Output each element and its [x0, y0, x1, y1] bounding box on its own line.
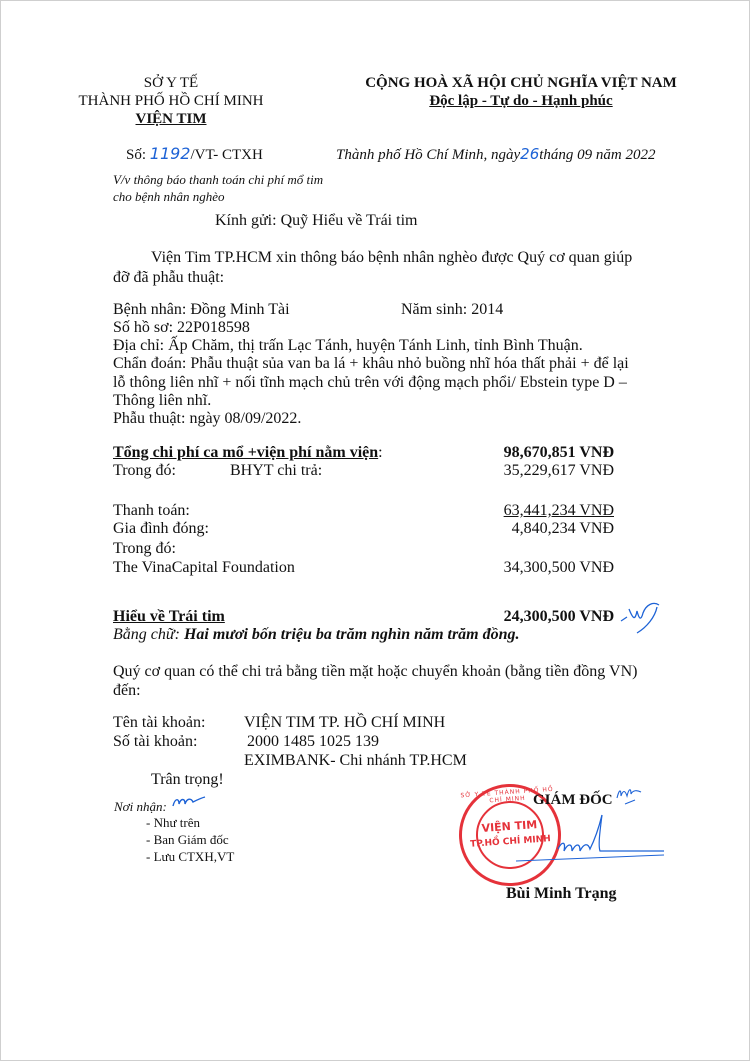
- patient-name: Bệnh nhân: Đồng Minh Tài: [113, 301, 290, 319]
- recipient-item-1: - Như trên: [146, 814, 200, 831]
- title-initials: [615, 784, 645, 806]
- date-day-handwritten: 26: [520, 145, 539, 163]
- patient-address: Địa chỉ: Ấp Chăm, thị trấn Lạc Tánh, huy…: [113, 337, 583, 355]
- total-cost-label: Tổng chi phí ca mổ +viện phí nằm viện:: [113, 444, 383, 462]
- insurance-label: BHYT chi trả:: [230, 462, 322, 480]
- number-suffix: /VT- CTXH: [190, 147, 262, 163]
- institute-line: VIỆN TIM: [96, 110, 246, 128]
- intro-line-2: đỡ đã phẫu thuật:: [113, 269, 224, 287]
- closing: Trân trọng!: [151, 771, 224, 789]
- total-cost-value: 98,670,851 VNĐ: [441, 444, 614, 462]
- fund-label: Hiểu về Trái tim: [113, 608, 225, 626]
- intro-line-1: Viện Tim TP.HCM xin thông báo bệnh nhân …: [151, 249, 632, 267]
- recipients-label: Nơi nhận:: [114, 798, 167, 815]
- document-page: SỞ Y TẾ THÀNH PHỐ HỒ CHÍ MINH VIỆN TIM C…: [0, 0, 750, 1061]
- document-number: Số: 1192/VT- CTXH: [126, 145, 263, 164]
- recipient-item-2: - Ban Giám đốc: [146, 831, 229, 848]
- city-line: THÀNH PHỐ HỒ CHÍ MINH: [76, 92, 266, 110]
- diagnosis-line-3: Thông liên nhĩ.: [113, 392, 211, 410]
- recipient-item-3: - Lưu CTXH,VT: [146, 848, 234, 865]
- insurance-value: 35,229,617 VNĐ: [441, 462, 614, 480]
- ministry-line: SỞ Y TẾ: [96, 74, 246, 92]
- national-title: CỘNG HOÀ XÃ HỘI CHỦ NGHĨA VIỆT NAM: [341, 74, 701, 92]
- of-which-label: Trong đó:: [113, 540, 176, 558]
- number-label: Số:: [126, 147, 146, 163]
- foundation-value: 34,300,500 VNĐ: [441, 559, 614, 577]
- addressee: Kính gửi: Quỹ Hiểu về Trái tim: [215, 212, 417, 230]
- bank-branch: EXIMBANK- Chi nhánh TP.HCM: [244, 752, 467, 770]
- payment-note-line-2: đến:: [113, 682, 141, 700]
- patient-record: Số hồ sơ: 22P018598: [113, 319, 250, 337]
- recipients-initials: [171, 794, 207, 810]
- diagnosis-line-2: lỗ thông liên nhĩ + nối tĩnh mạch chủ tr…: [113, 374, 627, 392]
- fund-value: 24,300,500 VNĐ: [441, 608, 614, 626]
- number-handwritten: 1192: [150, 144, 191, 163]
- signature-title: GIÁM ĐỐC: [533, 791, 613, 809]
- document-date: Thành phố Hồ Chí Minh, ngày26tháng 09 nă…: [336, 145, 656, 164]
- account-name-label: Tên tài khoản:: [113, 714, 205, 732]
- foundation-label: The VinaCapital Foundation: [113, 559, 295, 577]
- header-left: SỞ Y TẾ THÀNH PHỐ HỒ CHÍ MINH VIỆN TIM: [96, 74, 246, 128]
- director-name: Bùi Minh Trạng: [506, 885, 617, 903]
- director-signature: [556, 811, 666, 871]
- payment-label: Thanh toán:: [113, 502, 190, 520]
- national-motto: Độc lập - Tự do - Hạnh phúc: [341, 92, 701, 110]
- payment-note-line-1: Quý cơ quan có thể chi trả bằng tiền mặt…: [113, 663, 637, 681]
- subject: V/v thông báo thanh toán chi phí mổ tim …: [113, 171, 323, 205]
- included-label: Trong đó:: [113, 462, 176, 480]
- payment-value: 63,441,234 VNĐ: [441, 502, 614, 520]
- family-value: 4,840,234 VNĐ: [441, 520, 614, 538]
- amount-in-words: Bằng chữ: Hai mươi bốn triệu ba trăm ngh…: [113, 626, 520, 644]
- initials-signature: [619, 599, 669, 639]
- account-name-value: VIỆN TIM TP. HỒ CHÍ MINH: [244, 714, 445, 732]
- account-number-value: 2000 1485 1025 139: [247, 733, 379, 751]
- surgery-date: Phẫu thuật: ngày 08/09/2022.: [113, 410, 301, 428]
- patient-birth-year: Năm sinh: 2014: [401, 301, 503, 319]
- account-number-label: Số tài khoản:: [113, 733, 197, 751]
- diagnosis-line-1: Chẩn đoán: Phẫu thuật sủa van ba lá + kh…: [113, 355, 629, 373]
- family-label: Gia đình đóng:: [113, 520, 209, 538]
